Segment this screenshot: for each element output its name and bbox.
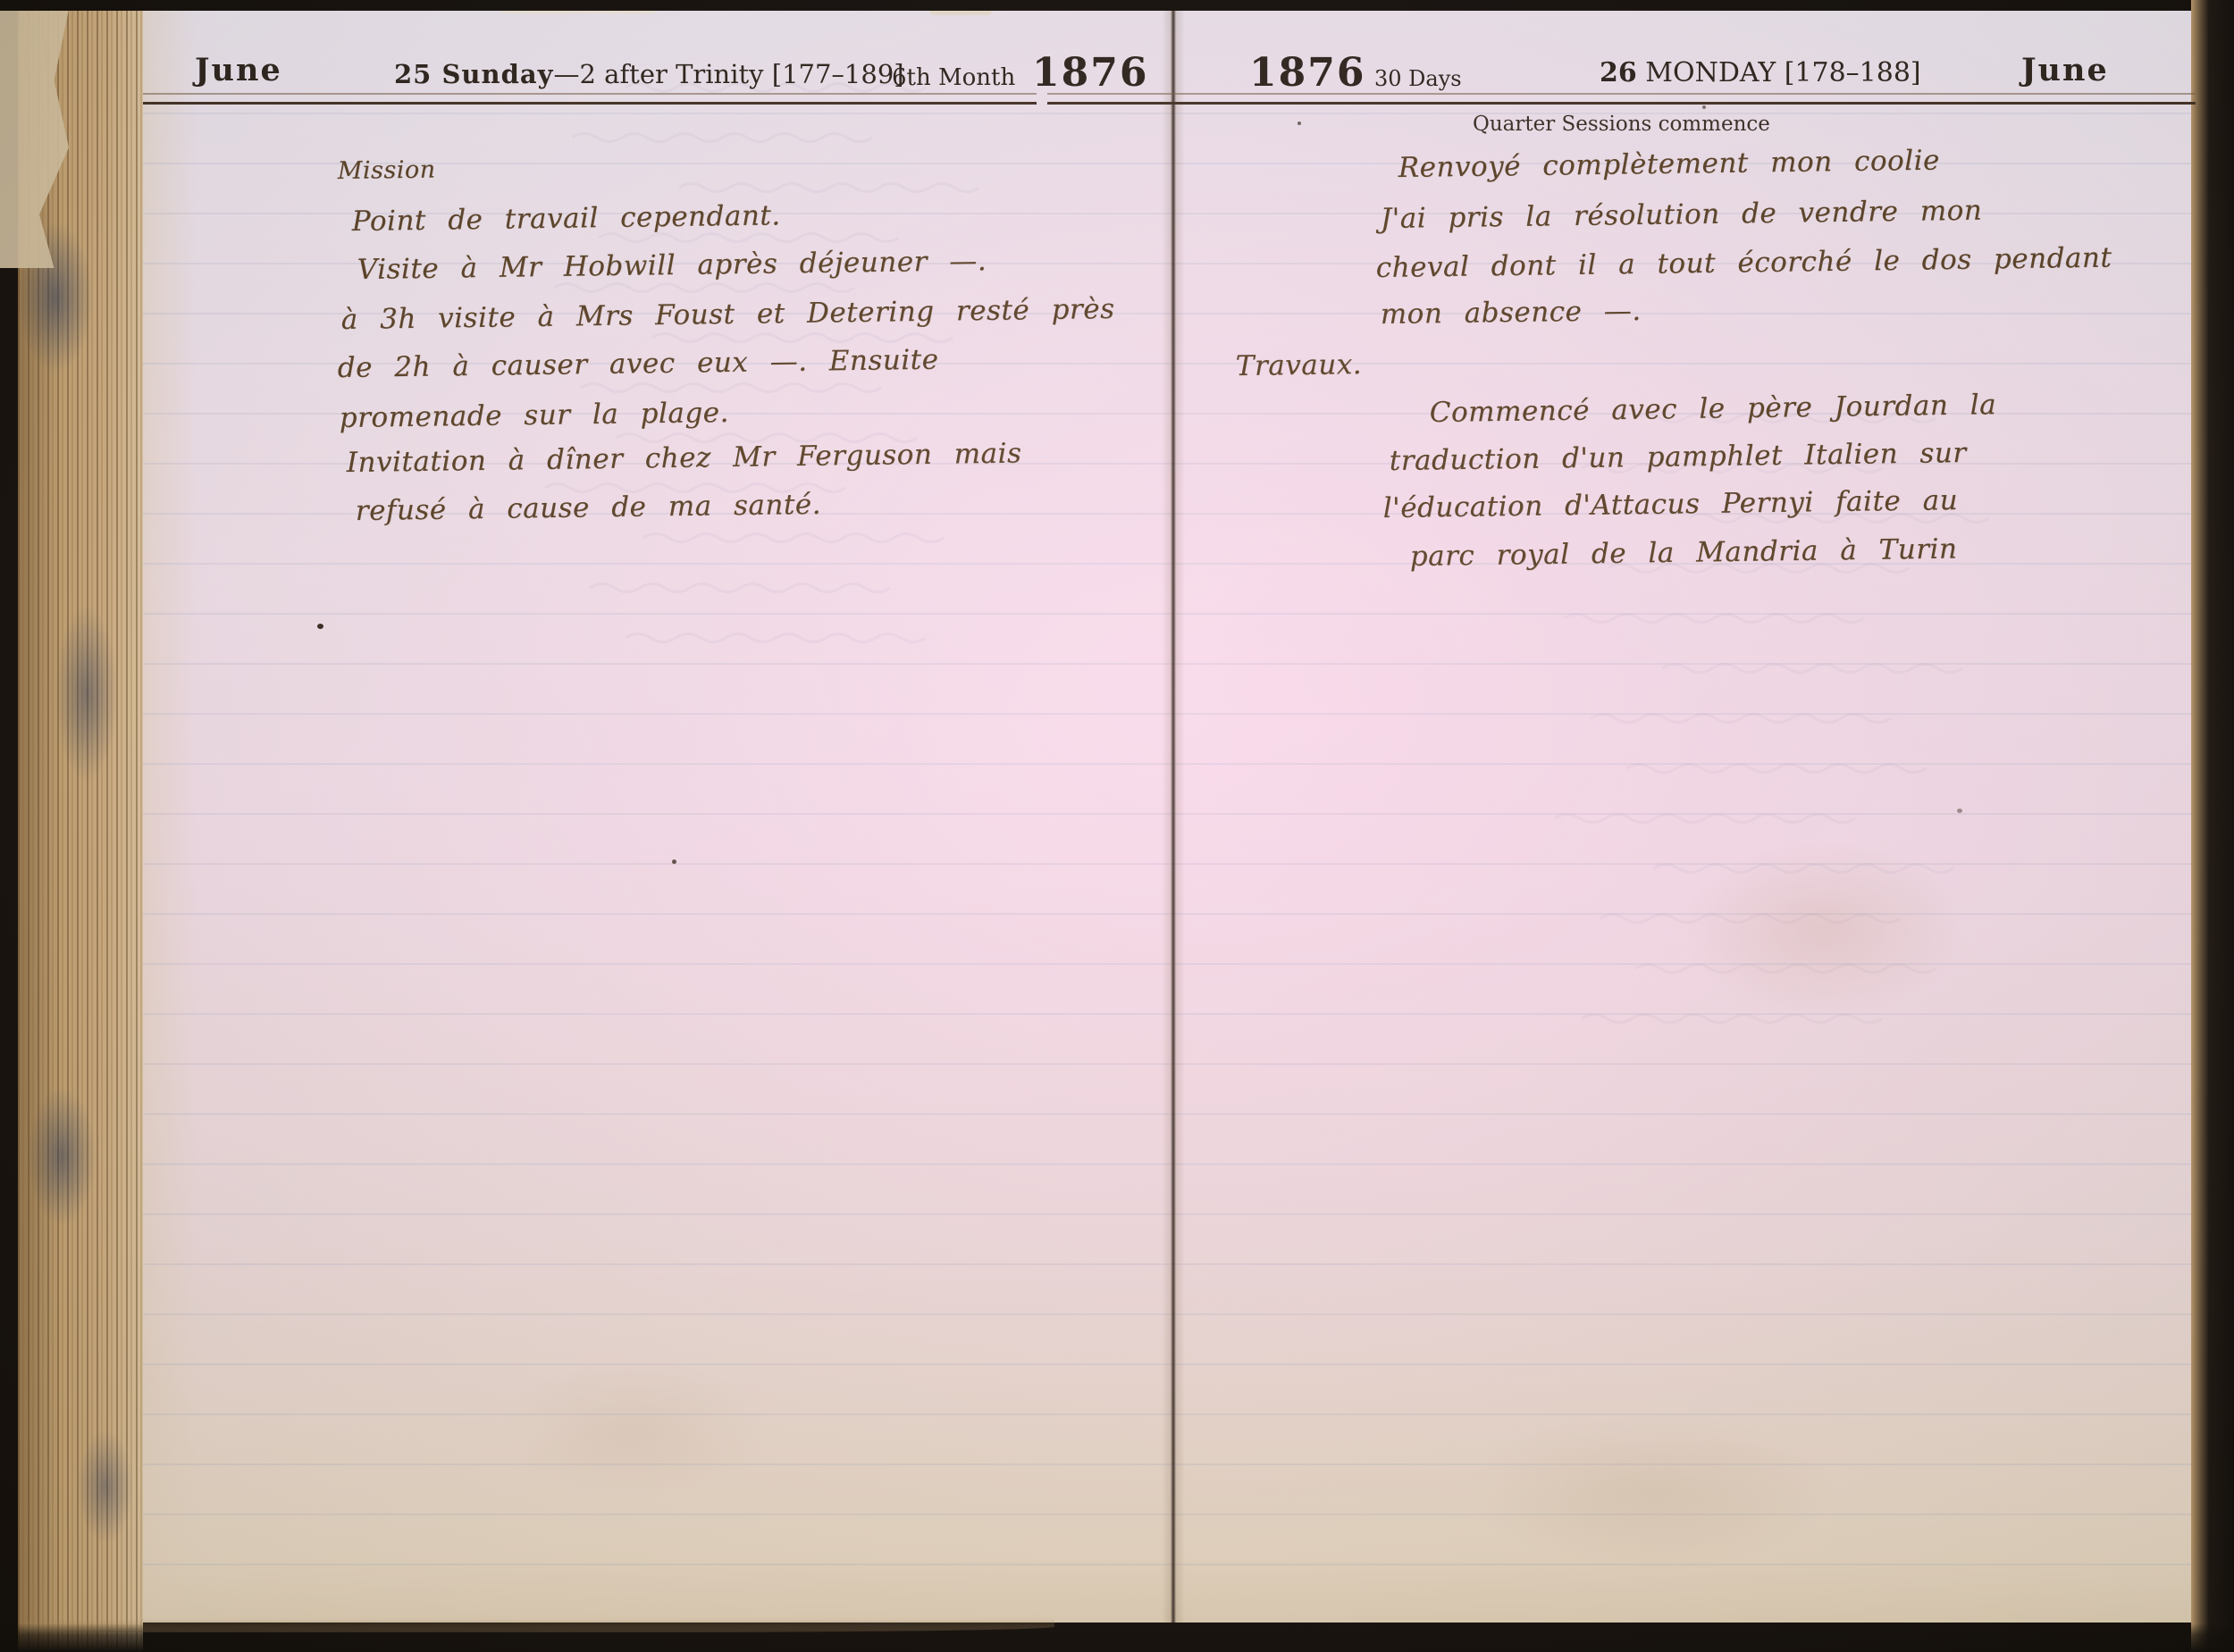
book-cover-right-edge (2191, 0, 2234, 1652)
right-day-name-range: MONDAY [178–188] (1645, 57, 1920, 88)
right-month-label: June (2021, 52, 2109, 88)
ink-speck (1957, 809, 1962, 813)
left-day-number-name: 25 Sunday (394, 59, 553, 89)
left-year-label: 1876 (1032, 50, 1148, 96)
handwritten-line: mon absence —. (1380, 295, 1641, 331)
ink-speck (1702, 105, 1706, 109)
left-month-ordinal: 6th Month (892, 64, 1015, 91)
left-month-label: June (195, 52, 282, 88)
handwritten-line: Mission (338, 155, 436, 185)
right-header-rule-thin (1047, 93, 2196, 95)
right-day-heading: 26 MONDAY [178–188] (1600, 57, 1921, 88)
book-gutter (1162, 7, 1185, 1623)
book-cover-bottom-edge (0, 1623, 2234, 1652)
left-day-heading: 25 Sunday—2 after Trinity [177–189] (394, 59, 904, 89)
handwritten-section-label: Travaux. (1235, 348, 1362, 382)
ink-speck (1298, 122, 1301, 125)
ink-speck (317, 624, 323, 629)
left-header-rule-thin (143, 93, 1037, 95)
right-days-in-month: 30 Days (1374, 66, 1462, 91)
handwritten-line: Point de travail cependant. (351, 199, 780, 238)
left-day-note: —2 after Trinity [177–189] (553, 59, 903, 89)
left-header-rule-thick (143, 102, 1037, 105)
ink-speck (672, 860, 676, 864)
diary-photo: { "left_page": { "header": { "month_labe… (0, 0, 2234, 1652)
right-day-number: 26 (1600, 57, 1637, 88)
handwritten-line: refusé à cause de ma santé. (355, 489, 821, 527)
commemoration-note: Quarter Sessions commence (1473, 113, 1770, 136)
handwritten-line: promenade sur la plage. (339, 397, 729, 434)
right-header-rule-thick (1047, 102, 2196, 105)
bleed-through-marks-left (518, 70, 1197, 695)
right-year-label: 1876 (1249, 50, 1365, 96)
book-cover-top-edge (0, 0, 2234, 11)
